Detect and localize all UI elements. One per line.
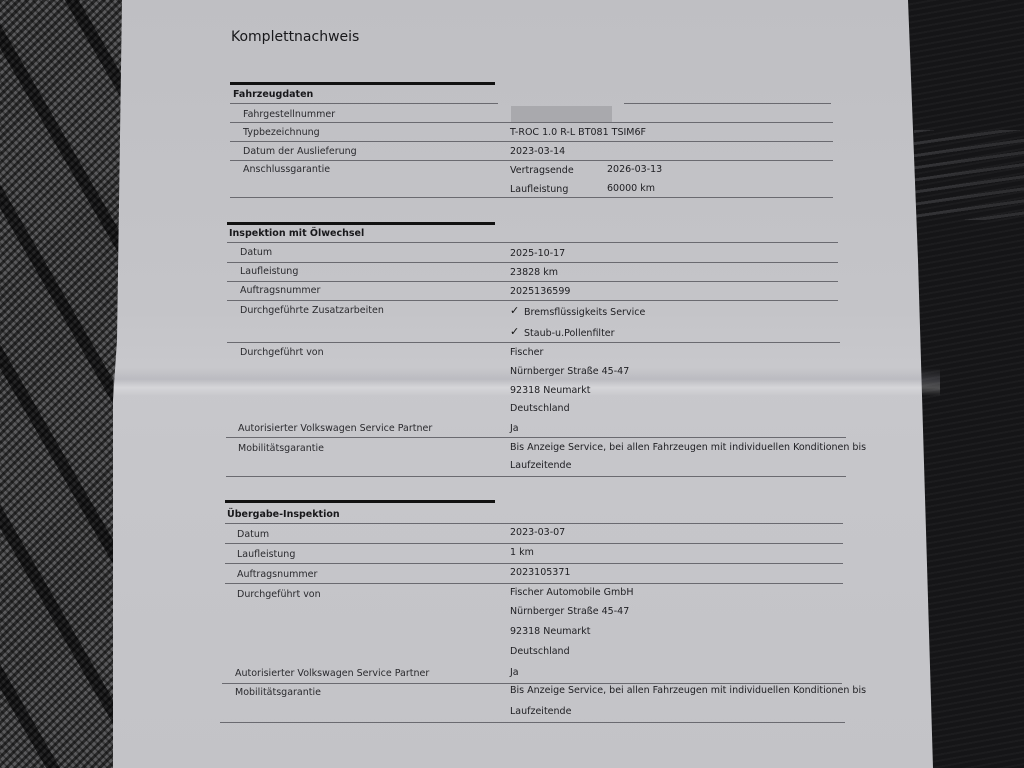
row-divider — [220, 722, 845, 723]
vin-redacted-value — [511, 106, 612, 123]
handover-authorized-label: Autorisierter Volkswagen Service Partner — [235, 668, 429, 679]
row-divider — [227, 242, 838, 243]
row-divider — [624, 103, 831, 104]
handover-date-value: 2023-03-07 — [510, 527, 565, 538]
contract-end-label: Vertragsende — [510, 165, 574, 176]
handover-date-label: Datum — [237, 529, 269, 540]
row-divider — [225, 523, 843, 524]
section-divider — [230, 82, 495, 85]
row-divider — [225, 583, 843, 584]
oil-mobility-value: Bis Anzeige Service, bei allen Fahrzeuge… — [510, 442, 866, 453]
checkmark-icon: ✓ — [510, 304, 519, 317]
row-divider — [227, 262, 838, 263]
handover-performed-by-label: Durchgeführt von — [237, 589, 321, 600]
handover-performed-by-line: Nürnberger Straße 45-47 — [510, 606, 629, 617]
warranty-mileage-value: 60000 km — [607, 183, 655, 194]
handover-mileage-value: 1 km — [510, 547, 534, 558]
oil-performed-by-label: Durchgeführt von — [240, 347, 324, 358]
handover-order-value: 2023105371 — [510, 567, 570, 578]
handover-mobility-label: Mobilitätsgarantie — [235, 687, 321, 698]
row-divider — [225, 543, 843, 544]
extra-work-item: Bremsflüssigkeits Service — [524, 307, 645, 318]
extra-work-label: Durchgeführte Zusatzarbeiten — [240, 305, 384, 316]
oil-authorized-value: Ja — [510, 423, 519, 434]
oil-performed-by-line: Deutschland — [510, 403, 570, 414]
type-value: T-ROC 1.0 R-L BT081 TSIM6F — [510, 127, 646, 138]
row-divider — [226, 476, 846, 477]
oil-date-label: Datum — [240, 247, 272, 258]
oil-mobility-value-cont: Laufzeitende — [510, 460, 571, 471]
oil-date-value: 2025-10-17 — [510, 248, 565, 259]
section-heading-oil-inspection: Inspektion mit Ölwechsel — [229, 228, 364, 239]
row-divider — [230, 141, 833, 142]
oil-mileage-label: Laufleistung — [240, 266, 298, 277]
warranty-label: Anschlussgarantie — [243, 164, 330, 175]
section-heading-vehicle: Fahrzeugdaten — [233, 89, 313, 100]
delivery-date-label: Datum der Auslieferung — [243, 146, 357, 157]
oil-mileage-value: 23828 km — [510, 267, 558, 278]
handover-authorized-value: Ja — [510, 667, 519, 678]
oil-order-label: Auftragsnummer — [240, 285, 320, 296]
handover-order-label: Auftragsnummer — [237, 569, 317, 580]
checkmark-icon: ✓ — [510, 325, 519, 338]
oil-performed-by-line: Nürnberger Straße 45-47 — [510, 366, 629, 377]
oil-authorized-label: Autorisierter Volkswagen Service Partner — [238, 423, 432, 434]
row-divider — [222, 683, 842, 684]
row-divider — [226, 437, 846, 438]
row-divider — [227, 281, 838, 282]
row-divider — [230, 103, 498, 104]
handover-performed-by-line: Fischer Automobile GmbH — [510, 587, 633, 598]
section-divider — [225, 500, 495, 503]
oil-performed-by-line: Fischer — [510, 347, 543, 358]
handover-performed-by-line: 92318 Neumarkt — [510, 626, 590, 637]
row-divider — [230, 197, 833, 198]
row-divider — [227, 300, 838, 301]
handover-mobility-value: Bis Anzeige Service, bei allen Fahrzeuge… — [510, 685, 866, 696]
type-label: Typbezeichnung — [243, 127, 320, 138]
oil-performed-by-line: 92318 Neumarkt — [510, 385, 590, 396]
warranty-mileage-label: Laufleistung — [510, 184, 568, 195]
handover-mobility-value-cont: Laufzeitende — [510, 706, 571, 717]
row-divider — [230, 160, 833, 161]
handover-performed-by-line: Deutschland — [510, 646, 570, 657]
oil-mobility-label: Mobilitätsgarantie — [238, 443, 324, 454]
vin-label: Fahrgestellnummer — [243, 109, 335, 120]
section-divider — [227, 222, 495, 225]
row-divider — [225, 563, 843, 564]
contract-end-value: 2026-03-13 — [607, 164, 662, 175]
section-heading-handover: Übergabe-Inspektion — [227, 509, 340, 520]
oil-order-value: 2025136599 — [510, 286, 570, 297]
row-divider — [230, 122, 833, 123]
delivery-date-value: 2023-03-14 — [510, 146, 565, 157]
extra-work-item: Staub-u.Pollenfilter — [524, 328, 615, 339]
document: Komplettnachweis Fahrzeugdaten Fahrgeste… — [0, 0, 1024, 768]
handover-mileage-label: Laufleistung — [237, 549, 295, 560]
row-divider — [227, 342, 840, 343]
document-title: Komplettnachweis — [231, 29, 359, 45]
